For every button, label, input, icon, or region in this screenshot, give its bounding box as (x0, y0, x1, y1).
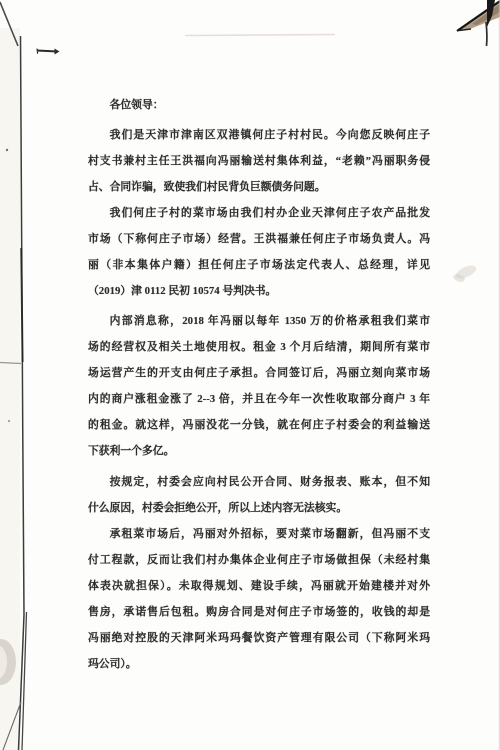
body-paragraph-4: 按规定，村委会应向村民公开合同、财务报表、账本，但不知什么原因，村委会拒绝公开，… (88, 469, 430, 521)
ink-speck (6, 149, 8, 151)
body-paragraph-2: 我们何庄子村的菜市场由我们村办企业天津何庄子农产品批发市场（下称何庄子市场）经营… (88, 200, 430, 304)
left-margin-tick-line (0, 363, 21, 364)
corner-fold-mark (457, 0, 500, 46)
page-corner-diagonal-line (0, 2, 18, 46)
pen-dash-arrowhead (55, 49, 60, 55)
text-line: 场的经营权及相关土地使用权。租金 3 个月后结清，期间所有菜市 (88, 334, 430, 360)
text-line: 场运营产生的开支由何庄子承担。合同签订后，冯丽立刻向菜市场 (88, 360, 430, 386)
text-line: 的租金。就这样，冯丽没花一分钱，就在何庄子村委会的利益输送 (88, 412, 430, 438)
salutation-paragraph: 各位领导： (88, 92, 430, 118)
text-line: 什么原因，村委会拒绝公开，所以上述内容无法核实。 (88, 495, 430, 521)
text-line: 售房，承诺售后包租。购房合同是对何庄子市场签的，收钱的却是 (88, 599, 430, 625)
text-line: 市场（下称何庄子市场）经营。王洪福兼任何庄子市场负责人。冯 (88, 226, 430, 252)
page-edge-bottom-diagonal (3, 702, 21, 750)
text-line: 丽（非本集体户籍）担任何庄子市场法定代表人、总经理，详见 (88, 252, 430, 278)
pen-dash-mark (37, 51, 57, 52)
body-paragraph-5: 承租菜市场后，冯丽对外招标，要对菜市场翻新，但冯丽不支付工程款，反而让我们村办集… (88, 521, 430, 677)
text-line: 各位领导： (88, 92, 430, 118)
text-line: （2019）津 0112 民初 10574 号判决书。 (88, 278, 430, 304)
text-line: 我们是天津市津南区双港镇何庄子村村民。今向您反映何庄子 (88, 122, 430, 148)
text-line: 村支书兼村主任王洪福向冯丽输送村集体利益，“老赖”冯丽职务侵 (88, 148, 430, 174)
text-line: 内的商户涨租金涨了 2--3 倍，并且在今年一次性收取部分商户 3 年 (88, 386, 430, 412)
text-line: 我们何庄子村的菜市场由我们村办企业天津何庄子农产品批发 (88, 200, 430, 226)
faint-crease-line (185, 35, 335, 36)
pen-dash-tick (37, 49, 38, 54)
text-line: 下获利一个多亿。 (88, 438, 430, 464)
text-line: 占、合同诈骗，致使我们村民背负巨额债务问题。 (88, 174, 430, 200)
bottom-left-smudge (0, 639, 16, 685)
faint-smudge (452, 263, 478, 284)
text-line: 玛公司）。 (88, 651, 430, 677)
text-line: 按规定，村委会应向村民公开合同、财务报表、账本，但不知 (88, 469, 430, 495)
page-edge-second-line (22, 612, 27, 750)
letter-body: 各位领导：我们是天津市津南区双港镇何庄子村村民。今向您反映何庄子村支书兼村主任王… (88, 92, 430, 677)
text-line: 承租菜市场后，冯丽对外招标，要对菜市场翻新，但冯丽不支 (88, 521, 430, 547)
text-line: 内部消息称，2018 年冯丽以每年 1350 万的价格承租我们菜市 (88, 308, 430, 334)
page-edge-dark-segment (21, 248, 22, 362)
ink-speck (8, 420, 10, 422)
page-left-margin-shade (0, 28, 20, 750)
text-line: 冯丽绝对控股的天津阿米玛玛餐饮资产管理有限公司（下称阿米玛 (88, 625, 430, 651)
scanned-letter-page: 各位领导：我们是天津市津南区双港镇何庄子村村民。今向您反映何庄子村支书兼村主任王… (0, 0, 500, 750)
body-paragraph-3: 内部消息称，2018 年冯丽以每年 1350 万的价格承租我们菜市场的经营权及相… (88, 308, 430, 464)
text-line: 付工程款，反而让我们村办集体企业何庄子市场做担保（未经村集 (88, 547, 430, 573)
page-edge-line (19, 36, 25, 750)
body-paragraph-1: 我们是天津市津南区双港镇何庄子村村民。今向您反映何庄子村支书兼村主任王洪福向冯丽… (88, 122, 430, 200)
text-line: 体表决就担保）。未取得规划、建设手续，冯丽就开始建楼并对外 (88, 573, 430, 599)
